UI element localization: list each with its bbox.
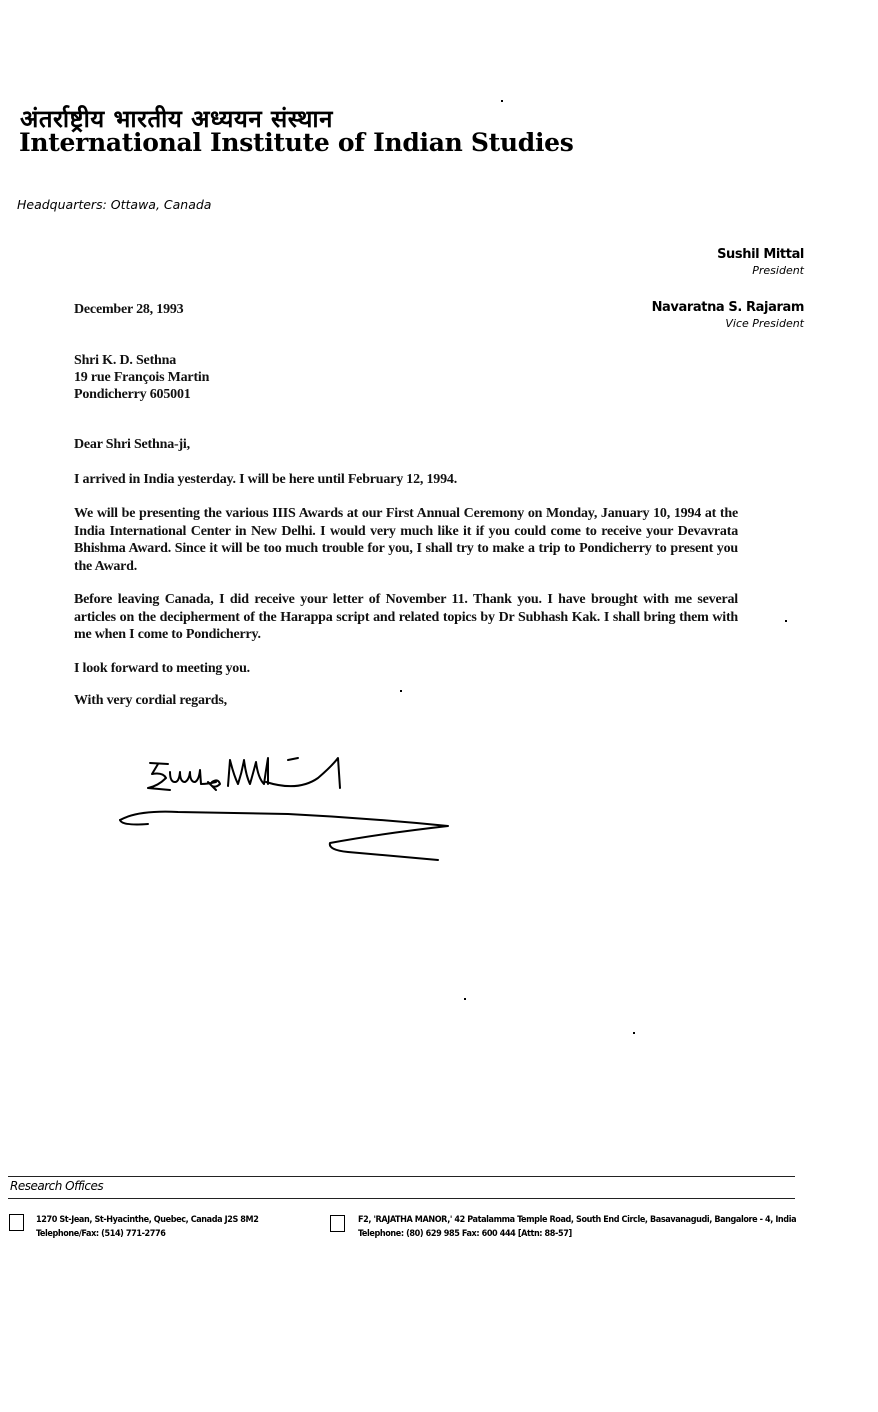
letter-date: December 28, 1993 [74, 302, 183, 318]
office-phone: Telephone/Fax: (514) 771-2776 [36, 1227, 258, 1241]
checkbox-icon [9, 1214, 24, 1231]
research-office-india: F2, 'RAJATHA MANOR,' 42 Patalamma Temple… [358, 1213, 796, 1241]
signature-icon [108, 748, 458, 868]
paragraph: We will be presenting the various IIIS A… [74, 505, 738, 575]
scan-speck [785, 620, 787, 622]
recipient-address: Shri K. D. Sethna 19 rue François Martin… [74, 352, 209, 403]
office-address: F2, 'RAJATHA MANOR,' 42 Patalamma Temple… [358, 1213, 796, 1227]
footer-rule-bottom [8, 1198, 795, 1199]
officer-title: President [717, 264, 804, 277]
salutation: Dear Shri Sethna-ji, [74, 437, 190, 453]
officer-name: Navaratna S. Rajaram [652, 300, 804, 315]
office-phone: Telephone: (80) 629 985 Fax: 600 444 [At… [358, 1227, 796, 1241]
officer-vice-president: Navaratna S. Rajaram Vice President [652, 300, 804, 330]
officer-president: Sushil Mittal President [717, 247, 804, 277]
officer-title: Vice President [652, 317, 804, 330]
paragraph: I arrived in India yesterday. I will be … [74, 471, 738, 489]
scan-speck [464, 998, 466, 1000]
recipient-street: 19 rue François Martin [74, 369, 209, 386]
paragraph: I look forward to meeting you. [74, 660, 738, 678]
scan-speck [501, 100, 503, 102]
office-address: 1270 St-Jean, St-Hyacinthe, Quebec, Cana… [36, 1213, 258, 1227]
scan-speck [633, 1032, 635, 1034]
org-name: International Institute of Indian Studie… [19, 128, 574, 157]
paragraph: Before leaving Canada, I did receive you… [74, 591, 738, 644]
closing: With very cordial regards, [74, 693, 227, 709]
research-office-canada: 1270 St-Jean, St-Hyacinthe, Quebec, Cana… [36, 1213, 258, 1241]
checkbox-icon [330, 1215, 345, 1232]
scan-speck [400, 690, 402, 692]
recipient-city: Pondicherry 605001 [74, 386, 209, 403]
footer-rule-top [8, 1176, 795, 1177]
research-offices-heading: Research Offices [10, 1179, 103, 1193]
headquarters: Headquarters: Ottawa, Canada [17, 197, 211, 212]
officer-name: Sushil Mittal [717, 247, 804, 262]
recipient-name: Shri K. D. Sethna [74, 352, 209, 369]
